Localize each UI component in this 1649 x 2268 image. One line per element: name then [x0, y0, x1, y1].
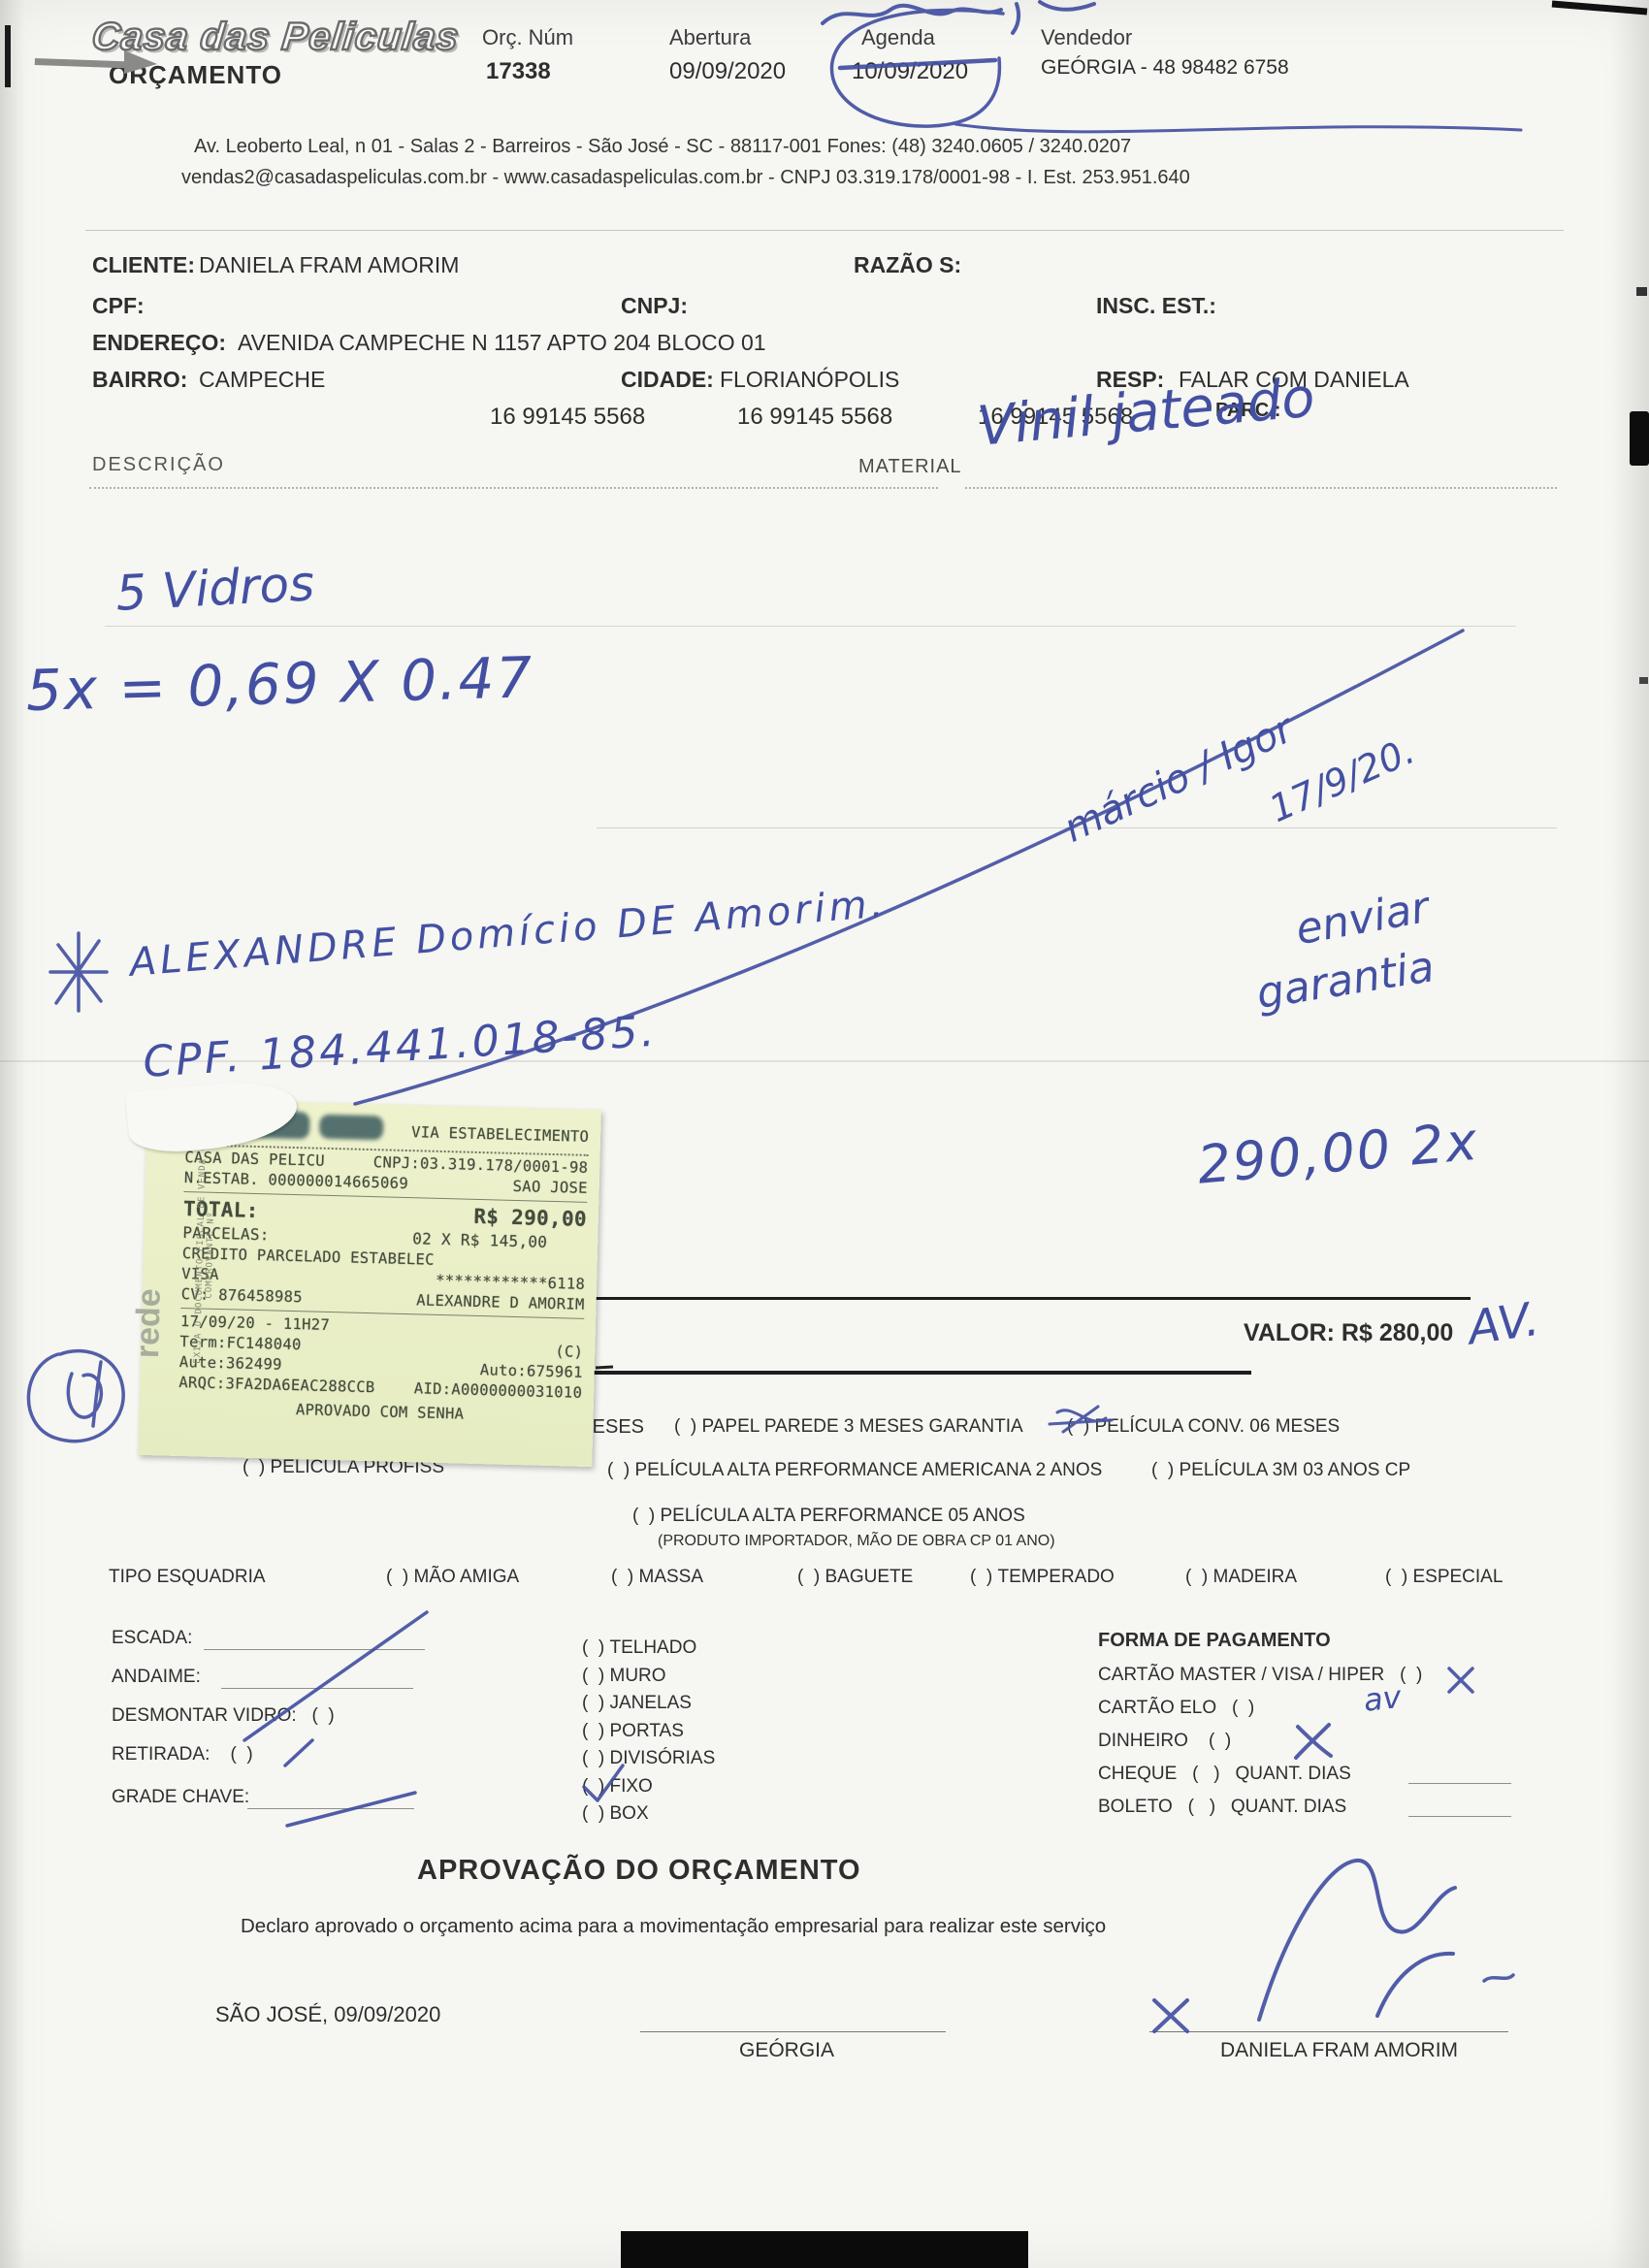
orc-num-value: 17338 — [486, 58, 551, 85]
agenda-label: Agenda — [861, 25, 935, 50]
endereco-label: ENDEREÇO: — [92, 330, 226, 356]
option-pelicula-05-anos: ( ) PELÍCULA ALTA PERFORMANCE 05 ANOS — [632, 1506, 1025, 1527]
option-cheque: CHEQUE ( ) QUANT. DIAS — [1098, 1764, 1351, 1785]
cliente-value: DANIELA FRAM AMORIM — [199, 252, 459, 278]
section-divider — [85, 230, 1564, 231]
x-dinheiro — [1296, 1725, 1331, 1758]
tipo-esquadria-label: TIPO ESQUADRIA — [109, 1567, 266, 1588]
option-dinheiro: DINHEIRO ( ) — [1098, 1731, 1231, 1752]
option-box: ( ) BOX — [582, 1803, 649, 1825]
receipt-auto: Auto:675961 — [480, 1360, 583, 1383]
cidade-value: FLORIANÓPOLIS — [720, 367, 899, 393]
writing-line — [105, 626, 1516, 627]
approval-title: APROVAÇÃO DO ORÇAMENTO — [417, 1855, 861, 1887]
rede-logo: rede — [129, 1288, 169, 1359]
descricao-underline — [89, 487, 938, 489]
retirada-label: RETIRADA: ( ) — [112, 1744, 253, 1766]
abertura-label: Abertura — [669, 25, 751, 50]
receipt-approved-msg: APROVADO COM SENHA — [296, 1400, 465, 1425]
option-muro: ( ) MURO — [582, 1666, 666, 1687]
handwritten-garantia-note-2: garantia — [1253, 942, 1438, 1019]
agenda-circle-tail — [955, 124, 1521, 132]
receipt-c-flag: (C) — [555, 1342, 583, 1363]
stroke-grade-chave — [287, 1793, 415, 1826]
vendedor-value: GEÓRGIA - 48 98482 6758 — [1041, 56, 1289, 80]
desmontar-vidro-label: DESMONTAR VIDRO: ( ) — [112, 1705, 335, 1727]
receipt-arqc: ARQC:3FA2DA6EAC288CCB — [178, 1373, 375, 1398]
option-pelicula-americana: ( ) PELÍCULA ALTA PERFORMANCE AMERICANA … — [607, 1460, 1102, 1481]
company-contact-line: vendas2@casadaspeliculas.com.br - www.ca… — [181, 167, 1190, 189]
handwritten-item-line-2: 5x = 0,69 X 0.47 — [25, 644, 534, 724]
torn-paper-patch — [125, 1077, 301, 1156]
receipt-aid: AID:A0000000031010 — [414, 1378, 583, 1404]
cpf-label: CPF: — [92, 293, 145, 319]
option-divisorias: ( ) DIVISÓRIAS — [582, 1748, 715, 1769]
handwritten-amount-note: 290,00 2x — [1195, 1111, 1481, 1196]
insc-est-label: INSC. EST.: — [1096, 293, 1216, 319]
client-signature — [1377, 1954, 1453, 2016]
signature-x-mark — [1154, 2000, 1187, 2031]
option-pelicula-05-anos-note: (PRODUTO IMPORTADOR, MÃO DE OBRA CP 01 A… — [658, 1533, 1055, 1550]
handwritten-buyer-cpf: CPF. 184.441.018-85. — [142, 1007, 659, 1087]
signature-tilde — [1484, 1975, 1513, 1981]
option-massa: ( ) MASSA — [611, 1567, 703, 1588]
option-baguete: ( ) BAGUETE — [797, 1567, 913, 1588]
signature-name-client: DANIELA FRAM AMORIM — [1220, 2039, 1458, 2062]
option-papel-parede: ( ) PAPEL PAREDE 3 MESES GARANTIA — [674, 1416, 1023, 1438]
option-pelicula-conv: ( ) PELÍCULA CONV. 06 MESES — [1067, 1416, 1340, 1438]
endereco-value: AVENIDA CAMPECHE N 1157 APTO 204 BLOCO 0… — [238, 330, 766, 356]
stroke-retirada — [285, 1740, 312, 1766]
receipt-city: SAO JOSE — [512, 1177, 588, 1199]
option-portas: ( ) PORTAS — [582, 1721, 684, 1742]
option-telhado: ( ) TELHADO — [582, 1637, 696, 1659]
place-date: SÃO JOSÉ, 09/09/2020 — [215, 2002, 440, 2027]
handwritten-av-small-note: av — [1362, 1678, 1403, 1719]
valor-box-bottom-line — [582, 1371, 1251, 1375]
grade-chave-label: GRADE CHAVE: — [112, 1787, 249, 1808]
client-signature — [1259, 1861, 1455, 2020]
receipt-total-label: TOTAL: — [183, 1195, 259, 1224]
material-underline — [965, 487, 1557, 489]
cliente-label: CLIENTE: — [92, 252, 195, 278]
card-machine-receipt: EXIJA O DOCUMENTO FISCAL DE VENDA - COMP… — [138, 1098, 600, 1467]
razao-label: RAZÃO S: — [854, 252, 961, 278]
phone-1: 16 99145 5568 — [490, 404, 645, 431]
handwritten-buyer-name: ALEXANDRE Domício DE Amorim. — [128, 882, 889, 986]
descricao-label: DESCRIÇÃO — [92, 454, 225, 476]
valor-total-label: VALOR: R$ 280,00 — [1244, 1319, 1453, 1347]
receipt-total-value: R$ 290,00 — [473, 1203, 587, 1233]
receipt-via-row: VIA ESTABELECIMENTO — [366, 1121, 589, 1148]
x-cartao-master — [1449, 1669, 1472, 1692]
company-logo: Casa das Peliculas — [90, 16, 462, 59]
signature-line-client — [1149, 2031, 1508, 2032]
handwritten-installer-names: márcio / Igor — [1057, 706, 1300, 851]
cnpj-label: CNPJ: — [621, 293, 688, 319]
andaime-line — [221, 1688, 413, 1689]
option-janelas: ( ) JANELAS — [582, 1693, 692, 1714]
option-temperado: ( ) TEMPERADO — [970, 1567, 1115, 1588]
grade-chave-line — [247, 1808, 414, 1809]
scan-black-bar — [621, 2231, 1028, 2268]
andaime-label: ANDAIME: — [112, 1667, 201, 1688]
orc-num-label: Orç. Núm — [482, 25, 573, 50]
agenda-value: 10/09/2020 — [852, 58, 968, 85]
margin-scribble-circle — [28, 1351, 123, 1442]
signature-name-vendor: GEÓRGIA — [739, 2039, 834, 2062]
handwritten-material-note: Vinil jateado — [975, 367, 1317, 459]
boleto-dias-line — [1408, 1816, 1511, 1817]
material-label: MATERIAL — [858, 456, 962, 478]
signature-line-vendor — [640, 2031, 946, 2032]
forma-pagamento-title: FORMA DE PAGAMENTO — [1098, 1630, 1331, 1652]
receipt-holder: ALEXANDRE D AMORIM — [416, 1290, 585, 1315]
escada-label: ESCADA: — [112, 1628, 192, 1649]
handwritten-av-note: AV. — [1465, 1292, 1542, 1356]
handwritten-scribble — [823, 6, 1001, 23]
option-especial: ( ) ESPECIAL — [1385, 1567, 1503, 1588]
company-address-line: Av. Leoberto Leal, n 01 - Salas 2 - Barr… — [194, 136, 1131, 158]
scan-edge-shadow-left — [0, 0, 25, 2268]
option-boleto: BOLETO ( ) QUANT. DIAS — [1098, 1797, 1346, 1818]
receipt-via-label: VIA ESTABELECIMENTO — [411, 1122, 590, 1148]
option-madeira: ( ) MADEIRA — [1185, 1567, 1297, 1588]
cheque-dias-line — [1408, 1783, 1511, 1784]
option-cartao-elo: CARTÃO ELO ( ) — [1098, 1698, 1254, 1719]
bairro-value: CAMPECHE — [199, 367, 325, 393]
vendedor-label: Vendedor — [1041, 25, 1132, 50]
cidade-label: CIDADE: — [621, 367, 714, 393]
asterisk-mark — [50, 933, 107, 1011]
option-pelicula-3m: ( ) PELÍCULA 3M 03 ANOS CP — [1151, 1460, 1410, 1481]
approval-declaration: Declaro aprovado o orçamento acima para … — [241, 1915, 1106, 1938]
option-fixo: ( ) FIXO — [582, 1776, 653, 1798]
doc-type-label: ORÇAMENTO — [109, 60, 282, 90]
scanned-orcamento-document: Casa das Peliculas ORÇAMENTO Orç. Núm 17… — [0, 0, 1649, 2268]
scan-edge-shadow-right — [1610, 0, 1649, 2268]
handwritten-item-line-1: 5 Vidros — [114, 555, 316, 622]
phone-2: 16 99145 5568 — [737, 404, 892, 431]
abertura-value: 09/09/2020 — [669, 58, 786, 85]
bairro-label: BAIRRO: — [92, 367, 187, 393]
escada-line — [204, 1649, 425, 1650]
option-mao-amiga: ( ) MÃO AMIGA — [386, 1567, 519, 1588]
valor-box-top-line — [582, 1297, 1471, 1300]
